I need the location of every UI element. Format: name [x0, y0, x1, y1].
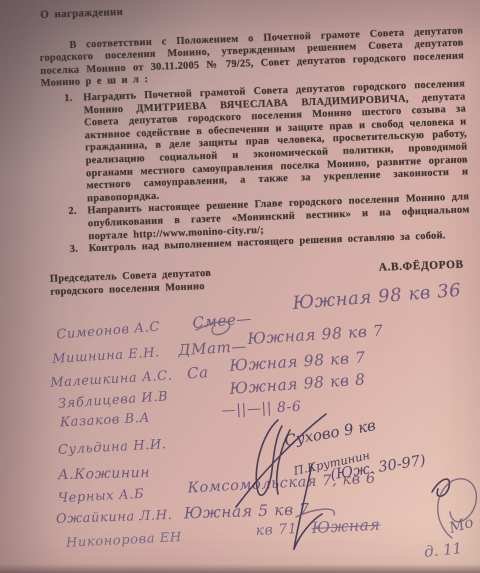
- photographed-document: О награждении В соответствии с Положение…: [0, 0, 480, 573]
- hw-name-10: Никонорова ЕН: [66, 530, 183, 551]
- handwritten-signatures: Симеонов А.С Смее— Южная 98 кв 36 Мишнин…: [0, 0, 480, 573]
- hw-name-1: Симеонов А.С: [56, 320, 161, 343]
- hw-note-mo: Мо: [447, 513, 475, 537]
- hw-name-9: Ожайкина Л.Н.: [56, 508, 173, 527]
- hw-sig-1: Смее—: [192, 309, 253, 332]
- hw-address-4: Южная 98 кв 8: [229, 370, 366, 397]
- hw-note-d11: д. 11: [423, 539, 463, 561]
- signature-row-5: Казаков В.А —||—|| 8-6: [60, 411, 151, 431]
- hw-note-suhovo: Сухово 9 кв: [283, 416, 377, 450]
- hw-name-2: Мишнина Е.Н.: [52, 345, 160, 367]
- hw-address-2: Южная 98 кв 7: [247, 322, 384, 348]
- hw-address-10-struck: Южная: [311, 516, 381, 538]
- signature-row-10: Никонорова ЕН кв 71 Южная: [66, 530, 183, 551]
- hw-sig-3: Са: [186, 363, 209, 382]
- signature-row-2: Мишнина Е.Н. ДМат— Южная 98 кв 7: [52, 337, 248, 367]
- hw-apartment-10: кв 71: [255, 521, 298, 539]
- hw-address-9: Южная 5 кв 7: [184, 500, 310, 522]
- hw-name-7: А.Кожинин: [58, 465, 150, 483]
- signature-row-7: А.Кожинин: [58, 465, 150, 483]
- hw-address-1: Южная 98 кв 36: [292, 280, 462, 314]
- signature-row-3: Малешкина А.С. Са Южная 98 кв 7: [50, 363, 210, 391]
- hw-name-3: Малешкина А.С.: [50, 368, 173, 390]
- hw-name-6: Сульдина Н.И.: [58, 437, 167, 458]
- hw-name-5: Казаков В.А: [60, 411, 151, 431]
- hw-name-8: Черных А.Б: [58, 487, 145, 506]
- signature-row-8: Черных А.Б Комсомольская 7, кв 6: [58, 487, 145, 506]
- signature-row-9: Ожайкина Л.Н. Южная 5 кв 7: [56, 508, 173, 527]
- hw-name-4: Зяблицева И.В: [58, 389, 169, 412]
- signature-row-6: Сульдина Н.И.: [58, 437, 167, 458]
- signature-row-4: Зяблицева И.В Южная 98 кв 8: [58, 389, 169, 412]
- hw-address-5: —||—|| 8-6: [221, 399, 302, 419]
